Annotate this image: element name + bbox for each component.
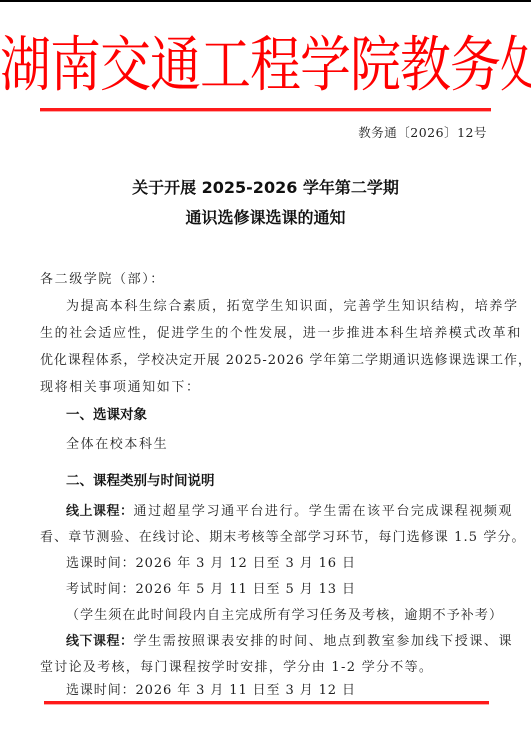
offline-course-label: 线下课程： [66,634,134,649]
section-heading-1: 一、选课对象 [66,404,147,426]
offline-course-text-1: 学生需按照课表安排的时间、地点到教室参加线下授课、课 [134,634,514,649]
section-heading-2: 二、课程类别与时间说明 [66,470,215,492]
online-course-label: 线上课程： [66,504,134,519]
online-course-line-2: 看、章节测验、在线讨论、期末考核等全部学习环节，每门选修课 1.5 学分。 [40,525,490,551]
online-course-note: （学生须在此时间段内自主完成所有学习任务及考核，逾期不予补考） [66,603,516,629]
salutation: 各二级学院（部）： [40,267,490,293]
intro-line-1: 为提高本科生综合素质，拓宽学生知识面，完善学生知识结构，培养学 [66,294,516,320]
offline-course-line-1: 线下课程：学生需按照课表安排的时间、地点到教室参加线下授课、课 [66,629,516,655]
document-number: 教务通〔2026〕12号 [358,124,487,142]
section-1-body: 全体在校本科生 [66,432,516,458]
online-selection-time: 选课时间：2026 年 3 月 12 日至 3 月 16 日 [66,551,516,577]
online-exam-time: 考试时间：2026 年 5 月 11 日至 5 月 13 日 [66,577,516,603]
header-red-rule [40,108,491,111]
intro-line-3: 优化课程体系，学校决定开展 2025-2026 学年第二学期通识选修课选课工作， [40,348,490,374]
footer-red-rule [44,701,489,704]
intro-line-4: 现将相关事项通知如下： [40,375,490,401]
online-course-line-1: 线上课程：通过超星学习通平台进行。学生需在该平台完成课程视频观 [66,499,516,525]
intro-line-2: 生的社会适应性，促进学生的个性发展，进一步推进本科生培养模式改革和 [40,321,490,347]
masthead-title: 湖南交通工程学院教务处 [0,22,531,112]
online-course-text-1: 通过超星学习通平台进行。学生需在该平台完成课程视频观 [134,504,514,519]
page-top-border [0,0,531,2]
notice-title-line-2: 通识选修课选课的通知 [0,207,531,229]
notice-title-line-1: 关于开展 2025-2026 学年第二学期 [0,177,531,199]
